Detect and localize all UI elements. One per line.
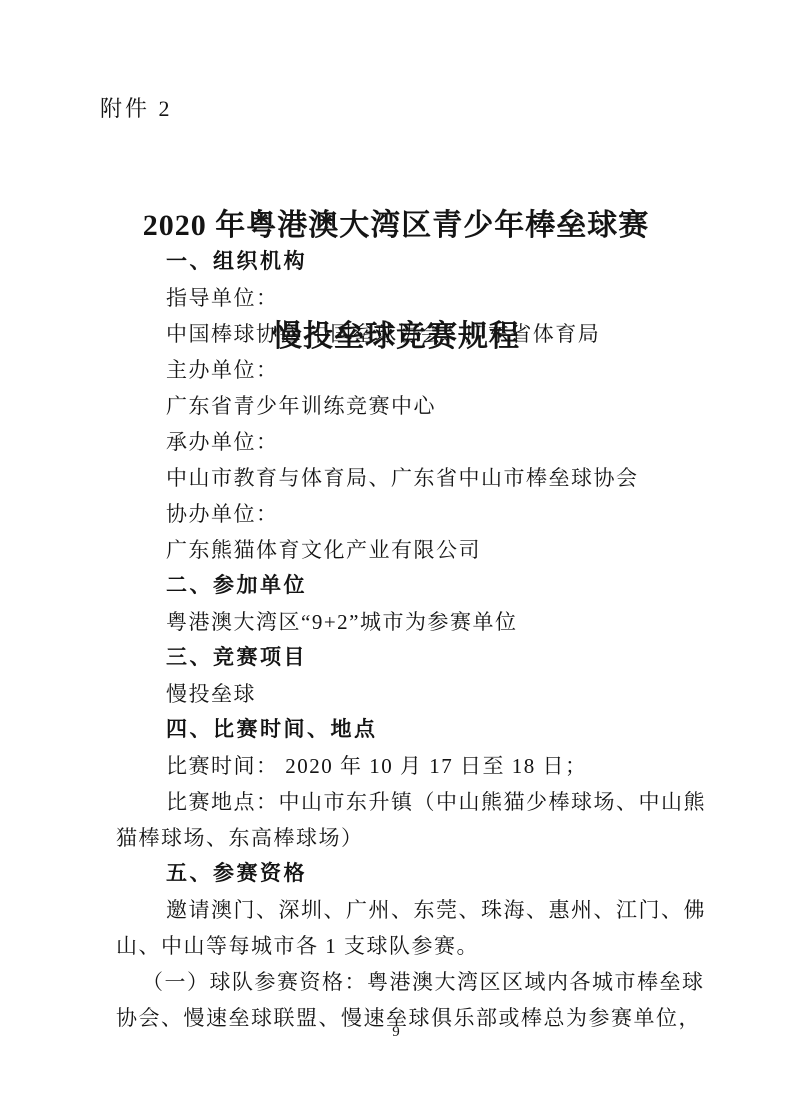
section-heading-participants: 二、参加单位 [116, 568, 682, 604]
doc-line-participants: 粤港澳大湾区“9+2”城市为参赛单位 [116, 604, 682, 640]
document-body: 一、组织机构 指导单位： 中国棒球协会 中国垒球协会、广东省体育局 主办单位： … [116, 244, 682, 1036]
doc-line-venue-2: 猫棒球场、东高棒球场） [116, 820, 682, 856]
doc-line-guiding-unit-value: 中国棒球协会 中国垒球协会、广东省体育局 [116, 316, 682, 352]
doc-line-invited-cities-1: 邀请澳门、深圳、广州、东莞、珠海、惠州、江门、佛 [116, 892, 682, 928]
doc-line-competition-time: 比赛时间： 2020 年 10 月 17 日至 18 日； [116, 748, 682, 784]
document-title-line1: 2020 年粤港澳大湾区青少年棒垒球赛 [0, 207, 792, 244]
doc-line-host-unit-label: 主办单位： [116, 352, 682, 388]
doc-line-coorganizer-value: 广东熊猫体育文化产业有限公司 [116, 532, 682, 568]
section-heading-time-venue: 四、比赛时间、地点 [116, 712, 682, 748]
doc-line-organizer-label: 承办单位： [116, 424, 682, 460]
section-heading-organization: 一、组织机构 [116, 244, 682, 280]
doc-line-host-unit-value: 广东省青少年训练竞赛中心 [116, 388, 682, 424]
doc-line-organizer-value: 中山市教育与体育局、广东省中山市棒垒球协会 [116, 460, 682, 496]
attachment-label: 附件 2 [100, 92, 173, 123]
doc-line-event-name: 慢投垒球 [116, 676, 682, 712]
doc-line-team-eligibility-1: （一）球队参赛资格：粤港澳大湾区区域内各城市棒垒球 [116, 964, 682, 1000]
section-heading-events: 三、竞赛项目 [116, 640, 682, 676]
doc-line-guiding-unit-label: 指导单位： [116, 280, 682, 316]
doc-line-venue-1: 比赛地点：中山市东升镇（中山熊猫少棒球场、中山熊 [116, 784, 682, 820]
doc-line-invited-cities-2: 山、中山等每城市各 1 支球队参赛。 [116, 928, 682, 964]
section-heading-eligibility: 五、参赛资格 [116, 856, 682, 892]
document-page: 附件 2 2020 年粤港澳大湾区青少年棒垒球赛 慢投垒球竞赛规程 一、组织机构… [0, 0, 792, 1116]
page-number: 9 [0, 1024, 792, 1041]
doc-line-coorganizer-label: 协办单位： [116, 496, 682, 532]
